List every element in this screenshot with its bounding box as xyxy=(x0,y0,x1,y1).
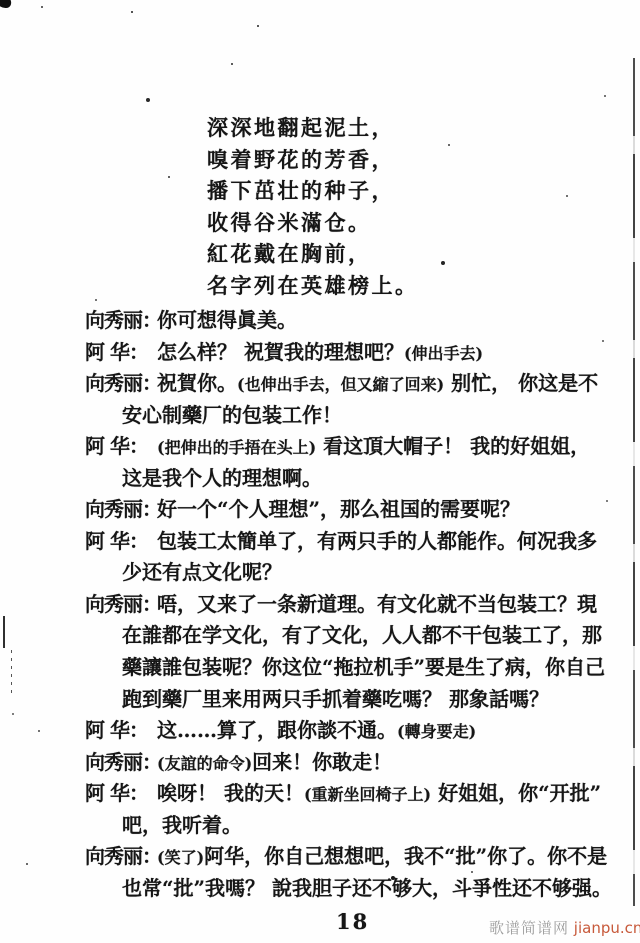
speaker-name: 阿 华： xyxy=(85,526,157,558)
dialogue-line: 向秀丽：好一个“个人理想”，那么祖国的需要呢？ xyxy=(0,494,640,526)
verse-line: 播下茁壮的种子， xyxy=(207,175,419,207)
dialogue-line: 也常“批”我嗎？ 說我胆子还不够大，斗爭性还不够强。 xyxy=(0,873,640,905)
dialogue-turn: 向秀丽：(笑了)阿华，你自己想想吧，我不“批”你了。你不是 也常“批”我嗎？ 說… xyxy=(0,841,640,904)
dialogue-line: 跑到藥厂里来用两只手抓着藥吃嗎？ 那象話嗎？ xyxy=(0,684,640,716)
dialogue-turn: 阿 华：这……算了，跟你談不通。(轉身要走) xyxy=(0,715,640,747)
dialogue-text: (笑了)阿华，你自己想想吧，我不“批”你了。你不是 xyxy=(157,844,607,868)
dialogue-line: 阿 华：这……算了，跟你談不通。(轉身要走) xyxy=(0,715,640,747)
speaker-name: 阿 华： xyxy=(85,778,157,810)
dialogue-text: 安心制藥厂的包装工作！ xyxy=(122,403,342,427)
speaker-name: 向秀丽： xyxy=(85,494,157,526)
dialogue-text: 跑到藥厂里来用两只手抓着藥吃嗎？ 那象話嗎？ xyxy=(122,687,549,711)
dialogue-line: 向秀丽：(友誼的命令)回来！你敢走！ xyxy=(0,747,640,779)
dialogue-line: 藥讓誰包装呢？你这位“拖拉机手”要是生了病，你自己 xyxy=(0,652,640,684)
dialogue-turn: 向秀丽：祝賀你。(也伸出手去，但又縮了回来) 别忙， 你这是不 安心制藥厂的包装… xyxy=(0,368,640,431)
dialogue-line: 阿 华：(把伸出的手捂在头上) 看这頂大帽子！ 我的好姐姐， xyxy=(0,431,640,463)
verse-line: 名字列在英雄榜上。 xyxy=(207,270,419,302)
watermark-site-name: 歌谱简谱网 xyxy=(489,919,569,937)
verse-line: 深深地翻起泥土， xyxy=(207,112,419,144)
dialogue-text: 唔，又来了一条新道理。有文化就不当包装工？現 xyxy=(157,592,597,616)
verse-line: 嗅着野花的芳香， xyxy=(207,144,419,176)
watermark-domain: jianpu.cn xyxy=(574,919,640,937)
dialogue-text: 你可想得眞美。 xyxy=(157,308,297,332)
dialogue-turn: 阿 华：怎么样？ 祝賀我的理想吧？(伸出手去) xyxy=(0,337,640,369)
dialogue-line: 安心制藥厂的包装工作！ xyxy=(0,400,640,432)
dialogue-line: 向秀丽：祝賀你。(也伸出手去，但又縮了回来) 别忙， 你这是不 xyxy=(0,368,640,400)
verse-block: 深深地翻起泥土， 嗅着野花的芳香， 播下茁壮的种子， 收得谷米滿仓。 紅花戴在胸… xyxy=(207,112,419,302)
dialogue-line: 阿 华：包装工太簡单了，有两只手的人都能作。何况我多 xyxy=(0,526,640,558)
dialogue-text: 吧，我听着。 xyxy=(122,813,242,837)
dialogue-text: 藥讓誰包装呢？你这位“拖拉机手”要是生了病，你自己 xyxy=(122,655,605,679)
dialogue-text: 这是我个人的理想啊。 xyxy=(122,466,322,490)
dialogue-line: 少还有点文化呢？ xyxy=(0,557,640,589)
speaker-name: 阿 华： xyxy=(85,715,157,747)
dialogue-turn: 向秀丽：唔，又来了一条新道理。有文化就不当包装工？現 在誰都在学文化，有了文化，… xyxy=(0,589,640,715)
scan-noise-specks xyxy=(0,0,2,2)
verse-line: 收得谷米滿仓。 xyxy=(207,207,419,239)
dialogue-text: (把伸出的手捂在头上) 看这頂大帽子！ 我的好姐姐， xyxy=(157,434,590,458)
dialogue-turn: 向秀丽：你可想得眞美。 xyxy=(0,305,640,337)
watermark: 歌谱简谱网 jianpu.cn xyxy=(489,917,640,938)
speaker-name: 向秀丽： xyxy=(85,305,157,337)
scanned-script-page: 深深地翻起泥土， 嗅着野花的芳香， 播下茁壮的种子， 收得谷米滿仓。 紅花戴在胸… xyxy=(0,0,640,943)
dialogue-text: 包装工太簡单了，有两只手的人都能作。何况我多 xyxy=(157,529,597,553)
dialogue-line: 在誰都在学文化，有了文化，人人都不干包装工了，那 xyxy=(0,620,640,652)
dialogue-text: 唉呀！ 我的天！(重新坐回椅子上) 好姐姐，你“开批” xyxy=(157,781,601,805)
verse-line: 紅花戴在胸前， xyxy=(207,238,419,270)
dialogue-line: 阿 华：唉呀！ 我的天！(重新坐回椅子上) 好姐姐，你“开批” xyxy=(0,778,640,810)
dialogue-text: 怎么样？ 祝賀我的理想吧？(伸出手去) xyxy=(157,340,483,364)
dialogue-line: 阿 华：怎么样？ 祝賀我的理想吧？(伸出手去) xyxy=(0,337,640,369)
dialogue-text: (友誼的命令)回来！你敢走！ xyxy=(157,750,392,774)
speaker-name: 向秀丽： xyxy=(85,589,157,621)
scan-corner-blotch xyxy=(0,0,14,11)
dialogue-text: 祝賀你。(也伸出手去，但又縮了回来) 别忙， 你这是不 xyxy=(157,371,598,395)
speaker-name: 向秀丽： xyxy=(85,747,157,779)
dialogue-text: 在誰都在学文化，有了文化，人人都不干包装工了，那 xyxy=(122,623,602,647)
dialogue-turn: 向秀丽：好一个“个人理想”，那么祖国的需要呢？ xyxy=(0,494,640,526)
dialogue-line: 向秀丽：(笑了)阿华，你自己想想吧，我不“批”你了。你不是 xyxy=(0,841,640,873)
speaker-name: 阿 华： xyxy=(85,337,157,369)
dialogue-line: 这是我个人的理想啊。 xyxy=(0,463,640,495)
speaker-name: 阿 华： xyxy=(85,431,157,463)
dialogue-text: 少还有点文化呢？ xyxy=(122,560,282,584)
dialogue-text: 也常“批”我嗎？ 說我胆子还不够大，斗爭性还不够强。 xyxy=(122,876,612,900)
speaker-name: 向秀丽： xyxy=(85,841,157,873)
speaker-name: 向秀丽： xyxy=(85,368,157,400)
dialogue-turn: 阿 华：(把伸出的手捂在头上) 看这頂大帽子！ 我的好姐姐， 这是我个人的理想啊… xyxy=(0,431,640,494)
page-number: 18 xyxy=(336,909,369,934)
dialogue-text: 好一个“个人理想”，那么祖国的需要呢？ xyxy=(157,497,520,521)
dialogue-block: 向秀丽：你可想得眞美。 阿 华：怎么样？ 祝賀我的理想吧？(伸出手去) 向秀丽：… xyxy=(0,305,640,904)
dialogue-line: 向秀丽：唔，又来了一条新道理。有文化就不当包装工？現 xyxy=(0,589,640,621)
dialogue-turn: 阿 华：包装工太簡单了，有两只手的人都能作。何况我多 少还有点文化呢？ xyxy=(0,526,640,589)
dialogue-line: 向秀丽：你可想得眞美。 xyxy=(0,305,640,337)
dialogue-line: 吧，我听着。 xyxy=(0,810,640,842)
dialogue-text: 这……算了，跟你談不通。(轉身要走) xyxy=(157,718,476,742)
dialogue-turn: 阿 华：唉呀！ 我的天！(重新坐回椅子上) 好姐姐，你“开批” 吧，我听着。 xyxy=(0,778,640,841)
dialogue-turn: 向秀丽：(友誼的命令)回来！你敢走！ xyxy=(0,747,640,779)
